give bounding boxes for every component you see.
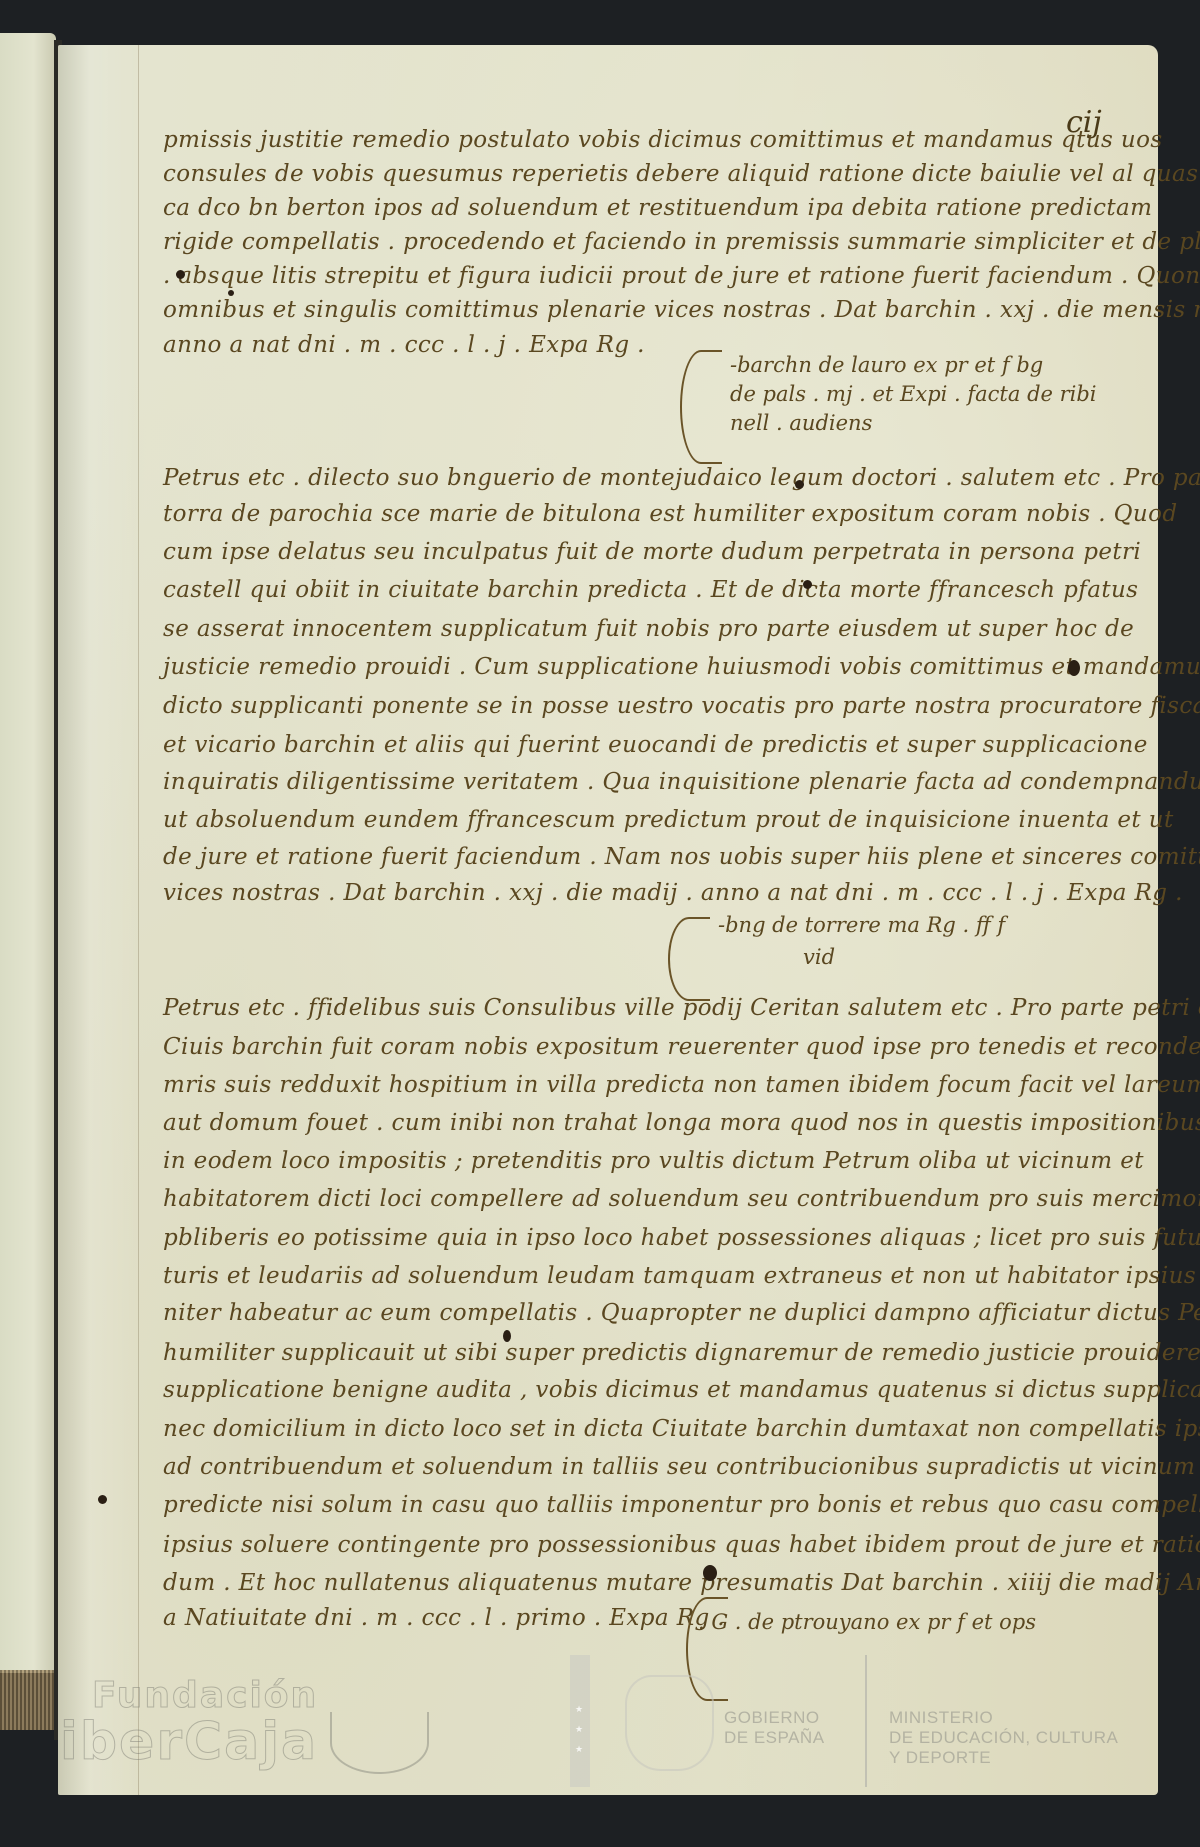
text-line: dum . Et hoc nullatenus aliquatenus muta… [163, 1570, 1200, 1596]
text-line: . absque litis strepitu et figura iudici… [163, 263, 1200, 289]
text-line: ipsius soluere contingente pro possessio… [163, 1532, 1200, 1558]
text-line: humiliter supplicauit ut sibi super pred… [163, 1340, 1200, 1366]
text-line: justicie remedio prouidi . Cum supplicat… [163, 654, 1200, 680]
educacion-line: DE EDUCACIÓN, CULTURA [889, 1728, 1118, 1748]
ibercaja-logo-icon [330, 1712, 429, 1774]
text-line: turis et leudariis ad soluendum leudam t… [163, 1263, 1200, 1289]
signature-line: de pals . mj . et Expi . facta de ribi [730, 382, 1097, 406]
text-line: in eodem loco impositis ; pretenditis pr… [163, 1148, 1144, 1174]
binding-shadow [58, 45, 138, 1795]
gobierno-text: GOBIERNO DE ESPAÑA [724, 1708, 825, 1748]
text-line: pbliberis eo potissime quia in ipso loco… [163, 1225, 1200, 1251]
watermark-ibercaja-text: iberCaja [60, 1712, 318, 1772]
eu-flag-bar-icon: ★ ★ ★ [570, 1655, 590, 1787]
ink-spot [803, 580, 812, 589]
text-line: castell qui obiit in ciuitate barchin pr… [163, 577, 1138, 603]
coat-of-arms-icon [625, 1675, 714, 1771]
text-line: omnibus et singulis comittimus plenarie … [163, 297, 1200, 323]
ministerio-text: MINISTERIO DE EDUCACIÓN, CULTURA Y DEPOR… [889, 1708, 1118, 1768]
text-line: de jure et ratione fuerit faciendum . Na… [163, 844, 1200, 870]
text-line: Ciuis barchin fuit coram nobis expositum… [163, 1034, 1200, 1060]
page-fold-line [138, 45, 139, 1795]
signature-line: -bng de torrere ma Rg . ff f [718, 913, 1005, 937]
star-icon: ★ [575, 1705, 583, 1715]
text-line: cum ipse delatus seu inculpatus fuit de … [163, 539, 1141, 565]
text-line: niter habeatur ac eum compellatis . Quap… [163, 1300, 1200, 1326]
text-line: ad contribuendum et soluendum in talliis… [163, 1454, 1200, 1480]
signature-line: . G . de ptrouyano ex pr f et ops [698, 1610, 1036, 1634]
signature-line: -barchn de lauro ex pr et f bg [730, 353, 1043, 377]
text-line: supplicatione benigne audita , vobis dic… [163, 1377, 1200, 1403]
ink-spot [703, 1565, 717, 1581]
text-line: dicto supplicanti ponente se in posse ue… [163, 693, 1200, 719]
watermark-separator [865, 1655, 867, 1787]
ink-spot [228, 290, 234, 296]
manuscript-page: cij pmissis justitie remedio postulato v… [58, 45, 1158, 1795]
ink-spot [795, 480, 804, 489]
text-line: vices nostras . Dat barchin . xxj . die … [163, 880, 1183, 906]
star-icon: ★ [575, 1745, 583, 1755]
text-line: consules de vobis quesumus reperietis de… [163, 161, 1198, 187]
previous-page-frayed-edge [0, 1670, 62, 1730]
text-line: anno a nat dni . m . ccc . l . j . Expa … [163, 332, 645, 358]
watermark-fundacion-text: Fundación [92, 1675, 318, 1716]
text-line: nec domicilium in dicto loco set in dict… [163, 1416, 1200, 1442]
text-line: mris suis redduxit hospitium in villa pr… [163, 1072, 1200, 1098]
text-line: et vicario barchin et aliis qui fuerint … [163, 732, 1148, 758]
signature-line: nell . audiens [730, 411, 872, 435]
text-line: ut absoluendum eundem ffrancescum predic… [163, 807, 1174, 833]
text-line: pmissis justitie remedio postulato vobis… [163, 127, 1163, 153]
ink-spot [176, 270, 185, 279]
text-line: habitatorem dicti loci compellere ad sol… [163, 1186, 1200, 1212]
ink-spot [503, 1330, 511, 1342]
signature-bracket [680, 350, 722, 464]
text-line: ca dco bn berton ipos ad soluendum et re… [163, 195, 1152, 221]
signature-line: vid [803, 945, 835, 969]
text-line: a Natiuitate dni . m . ccc . l . primo .… [163, 1605, 725, 1631]
deporte-line: Y DEPORTE [889, 1748, 1118, 1768]
text-line: torra de parochia sce marie de bitulona … [163, 501, 1178, 527]
gobierno-line: GOBIERNO [724, 1708, 825, 1728]
ink-spot [1068, 660, 1080, 676]
ministerio-line: MINISTERIO [889, 1708, 1118, 1728]
signature-bracket [668, 917, 710, 1001]
star-icon: ★ [575, 1725, 583, 1735]
ink-spot [98, 1495, 107, 1504]
text-line: rigide compellatis . procedendo et facie… [163, 229, 1200, 255]
previous-page-edge [0, 33, 56, 1673]
espana-line: DE ESPAÑA [724, 1728, 825, 1748]
text-line: predicte nisi solum in casu quo talliis … [163, 1492, 1200, 1518]
text-line: Petrus etc . ffidelibus suis Consulibus … [163, 995, 1200, 1021]
text-line: Petrus etc . dilecto suo bnguerio de mon… [163, 465, 1200, 491]
text-line: se asserat innocentem supplicatum fuit n… [163, 616, 1134, 642]
text-line: inquiratis diligentissime veritatem . Qu… [163, 769, 1200, 795]
text-line: aut domum fouet . cum inibi non trahat l… [163, 1110, 1200, 1136]
